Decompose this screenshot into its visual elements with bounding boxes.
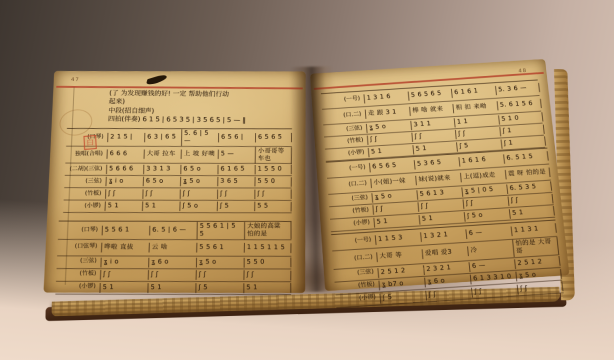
red-margin-rule-left: [56, 86, 303, 89]
notation-cell: 6 5 o: [180, 165, 217, 174]
notation-cell: 6 6 6: [106, 150, 143, 160]
notation-cell: 6 —: [468, 259, 515, 272]
score-row: (竹板)ʃ ʃʃ ʃʃ ʃʃ ʃʃ ʃ: [64, 188, 292, 201]
left-page: 47 (了 为发现赚钱的好! 一定 帮助他们行动 起来) 中段(招自细声) 四拍…: [43, 71, 305, 293]
notation-cell: 6 5 6 5: [369, 160, 415, 172]
notation-cell: ʓ i o: [105, 177, 143, 187]
notation-cell: 云 啥: [149, 242, 197, 252]
instrument-label: (三弦): [57, 258, 101, 265]
score-table-upper-left: (口琴)2 1 5 |6 3 | 6 55. 6 | 5 —6 5 6 |6 5…: [63, 128, 292, 214]
notation-cell: 5 5: [254, 202, 292, 212]
notation-cell: 3 1 1: [410, 118, 455, 130]
notation-cell: ʃ 5: [456, 139, 501, 151]
notation-cell: ʓ 5 o: [371, 190, 417, 203]
score-row: (竹板)ʃ ʃʃ ʃʃ ʃʃ ʃ: [56, 269, 291, 282]
notation-cell: ʓ 6 o: [148, 257, 196, 267]
notation-cell: 上(逗)成走: [460, 170, 506, 182]
notation-cell: 2 1 5 |: [107, 133, 144, 142]
instrument-label: (口琴): [58, 227, 102, 234]
score-row: (口弦琴)哗啦 直拔云 啥5 5 6 11 1 5 1 1 5: [57, 240, 291, 257]
page-number-left: 47: [71, 77, 80, 82]
notation-cell: 5 —: [218, 150, 255, 160]
notation-cell: 3 6 5: [217, 177, 254, 187]
notation-cell: ʓ 5 | 0 5: [461, 184, 507, 197]
notation-cell: 2 5 1 2: [514, 256, 561, 269]
notation-cell: 5 1: [243, 283, 291, 293]
score-row: (二胡)(三弦)5 6 6 63 3 1 36 5 o6 1 6 51 5 5 …: [65, 164, 292, 177]
instrument-label: (三弦): [334, 269, 378, 279]
instrument-label: (小锣): [56, 284, 100, 291]
notation-cell: 5 5 6 1: [102, 225, 150, 235]
notation-cell: 哗啦 直拔: [101, 242, 149, 252]
notation-cell: ʓ b7 o: [378, 278, 424, 290]
notation-cell: 走 跟 3 1: [365, 107, 410, 118]
notation-cell: 1 1 5 1 1 5: [244, 243, 292, 253]
notation-cell: ʓ 5 o: [196, 257, 244, 267]
notation-cell: 6 3 | 6 5: [144, 133, 181, 142]
notation-cell: 5. 6 1 5 6: [496, 99, 541, 110]
notation-cell: 5 1: [373, 215, 419, 228]
notation-cell: ʃ ʃ: [196, 270, 244, 280]
notation-cell: 棒 啥 就来: [409, 104, 454, 115]
instrument-label: (竹板): [56, 271, 100, 278]
notation-cell: 小(姐)一妹: [370, 176, 416, 188]
notation-cell: ʓ i o: [100, 257, 148, 267]
notation-cell: 5 1: [142, 202, 180, 212]
notation-cell: 1 3 2 1: [420, 229, 466, 242]
notation-cell: 5 1: [419, 212, 465, 225]
score-table-right-2: (一号)6 5 6 55 3 6 51 6 1 66. 5 1 5(口.二)小(…: [326, 148, 555, 233]
instrument-label: (小锣): [336, 294, 380, 304]
notation-cell: ʓ 5 o: [366, 121, 411, 133]
notation-cell: ʓ 5 o: [515, 269, 562, 281]
ink-flourish-mark: [146, 73, 168, 86]
notation-cell: 大娘的高粱 怕的是: [244, 222, 292, 239]
notation-cell: 5 6 6 6: [106, 165, 143, 174]
notation-cell: ʃ ʃ: [148, 270, 196, 280]
gutter-shadow: [290, 66, 340, 292]
notation-cell: 2 3 2 1: [423, 262, 470, 275]
instrument-label: (小锣): [63, 203, 104, 210]
header-line: 四拍(伴奏) 6 1 5 | 6 5 3 5 | 3 5 6 5 | 5 — ‖: [108, 115, 302, 126]
notation-cell: 6. 5 | 6 —: [149, 225, 197, 235]
notation-cell: 1 1 5 3: [375, 232, 421, 245]
score-row: (三弦)ʓ i o6 5 oʓ 5 o3 6 55 5 0: [64, 176, 292, 189]
score-row: 独唱(合唱)6 6 6大哥 拉车上 坡 好噢5 —小哥哥等车也: [65, 146, 292, 164]
notation-cell: ʃ ʃ: [517, 281, 564, 294]
instrument-label: (竹板): [335, 282, 379, 292]
notation-cell: 1 3 1 6: [363, 91, 408, 103]
notation-cell: ʃ 1: [499, 125, 544, 137]
notation-cell: ʃ ʃ: [418, 200, 464, 212]
notation-cell: 1 5 5 0: [255, 165, 292, 174]
notation-cell: 2 5 1 2: [377, 265, 423, 278]
notation-cell: ʃ 5: [217, 202, 255, 212]
notation-cell: 冷: [467, 244, 513, 256]
notation-cell: 3 3 1 3: [143, 165, 180, 174]
right-page: 48 (一号)1 3 1 65 6 5 6 56 1 6 15. 3 6 —(口…: [310, 59, 570, 291]
notation-cell: 6 1 6 1: [451, 86, 496, 98]
notation-cell: ʃ 5: [379, 290, 426, 303]
score-table-lower-left: (口琴)5 5 6 16. 5 | 6 —5 5 6 1 | 5 5大娘的高粱 …: [55, 221, 291, 295]
notation-cell: ʃ ʃ: [254, 190, 291, 200]
notation-cell: 大哥 等: [376, 250, 422, 262]
notation-cell: 震 呀 怕的是: [505, 168, 551, 180]
notation-cell: ʃ ʃ: [180, 189, 217, 199]
score-row: (小锣)5 15 1ʃ 5 oʃ 55 5: [63, 201, 292, 214]
notation-cell: ʃ ʃ: [463, 197, 509, 209]
notation-cell: 1 6 1 6: [458, 154, 504, 166]
photo-scene: 47 (了 为发现赚钱的好! 一定 帮助他们行动 起来) 中段(招自细声) 四拍…: [0, 0, 614, 360]
notation-cell: 6 5 6 5: [255, 133, 292, 142]
notation-cell: 爱唱 爱3: [422, 247, 468, 259]
notation-cell: 6 5 o: [143, 177, 181, 187]
red-seal-stamp: 白: [83, 135, 96, 150]
notation-cell: ʃ 1: [500, 136, 545, 148]
score-row: (口琴)2 1 5 |6 3 | 6 55. 6 | 5 —6 5 6 |6 5…: [66, 129, 292, 147]
notation-cell: 6. 5 3 5: [506, 181, 552, 194]
notation-cell: 5. 6 | 5 —: [181, 129, 218, 146]
notation-cell: 6 1 3 3 1 0: [470, 272, 517, 284]
notation-cell: ʃ ʃ: [455, 128, 500, 140]
notation-cell: 怕的是 大哥哥: [512, 237, 559, 257]
instrument-label: (三弦): [64, 178, 105, 185]
instrument-label: (口弦琴): [57, 244, 101, 251]
instrument-label: (口.二): [333, 254, 377, 264]
notation-cell: ʃ ʃ: [372, 203, 418, 215]
notation-cell: 5 5 0: [254, 177, 291, 187]
notation-cell: 5 3 6 5: [414, 157, 460, 169]
notation-cell: ʃ ʃ: [243, 270, 291, 280]
notation-cell: 1 1: [454, 115, 499, 127]
notation-cell: 1 1 3 1: [511, 223, 557, 236]
notation-cell: 5 1: [412, 142, 457, 154]
instrument-label: (二胡)(三弦): [65, 166, 106, 173]
instrument-label: (竹板): [64, 191, 105, 198]
notation-cell: 5 6 1 3: [416, 187, 462, 200]
notation-cell: 5. 3 6 —: [495, 83, 540, 95]
notation-cell: 5 1: [147, 283, 195, 293]
notation-cell: 6 1 6 5: [217, 165, 254, 174]
notation-cell: ʃ ʃ: [217, 190, 254, 200]
notation-cell: 5 5 0: [244, 257, 292, 267]
notation-cell: ʃ ʃ: [471, 284, 518, 297]
score-row: (小锣)5 15 1ʃ 55 1: [55, 281, 291, 294]
open-notebook: 47 (了 为发现赚钱的好! 一定 帮助他们行动 起来) 中段(招自细声) 四拍…: [44, 64, 572, 304]
notation-cell: ʃ ʃ: [100, 270, 148, 280]
handwritten-header: (了 为发现赚钱的好! 一定 帮助他们行动 起来) 中段(招自细声) 四拍(伴奏…: [108, 89, 302, 126]
score-table-right-3: (一号)1 1 5 31 3 2 16 —1 1 3 1(口.二)大哥 等爱唱 …: [331, 220, 564, 308]
score-row: (口琴)5 5 6 16. 5 | 6 —5 5 6 1 | 5 5大娘的高粱 …: [58, 222, 292, 240]
score-row: (三弦)ʓ i oʓ 6 oʓ 5 o5 5 0: [57, 256, 292, 269]
notation-cell: 5 1: [509, 206, 555, 219]
notation-cell: 6 5 6 |: [218, 133, 255, 142]
notation-cell: ʃ 5 o: [179, 202, 217, 212]
notation-cell: 6. 5 1 5: [503, 151, 549, 163]
notation-cell: ʃ ʃ: [508, 194, 554, 206]
notation-cell: ʃ ʃ: [142, 189, 179, 199]
notation-cell: 5 1: [99, 282, 147, 292]
notation-cell: ʃ ʃ: [411, 130, 456, 142]
notation-cell: 大哥 拉车: [144, 150, 181, 160]
notation-cell: 5 5 6 1 | 5 5: [197, 222, 245, 239]
notation-cell: ʃ 5: [195, 283, 243, 293]
notation-cell: 6 —: [465, 226, 511, 239]
notation-cell: ʃ ʃ: [425, 287, 472, 300]
notation-cell: 上 坡 好噢: [181, 150, 218, 160]
notation-cell: 5 6 5 6 5: [407, 89, 452, 101]
notation-cell: ʃ 5 o: [464, 209, 510, 222]
notation-cell: 小哥哥等车也: [255, 146, 292, 163]
notation-cell: 5 5 6 1: [196, 243, 244, 253]
notation-cell: 妹(说)就来: [415, 173, 461, 185]
notation-cell: 5 1 0: [498, 112, 543, 124]
notation-cell: 5 1: [368, 145, 413, 157]
instrument-label: 独唱(合唱): [66, 151, 107, 158]
notation-cell: ʓ 6 o: [424, 275, 471, 287]
notation-cell: ʃ ʃ: [105, 189, 143, 199]
notation-cell: ʓ 5 o: [180, 177, 217, 187]
notation-cell: ʃ ʃ: [367, 133, 412, 145]
notation-cell: 相 扣 来呦: [452, 102, 497, 113]
notation-cell: 5 1: [104, 202, 142, 212]
